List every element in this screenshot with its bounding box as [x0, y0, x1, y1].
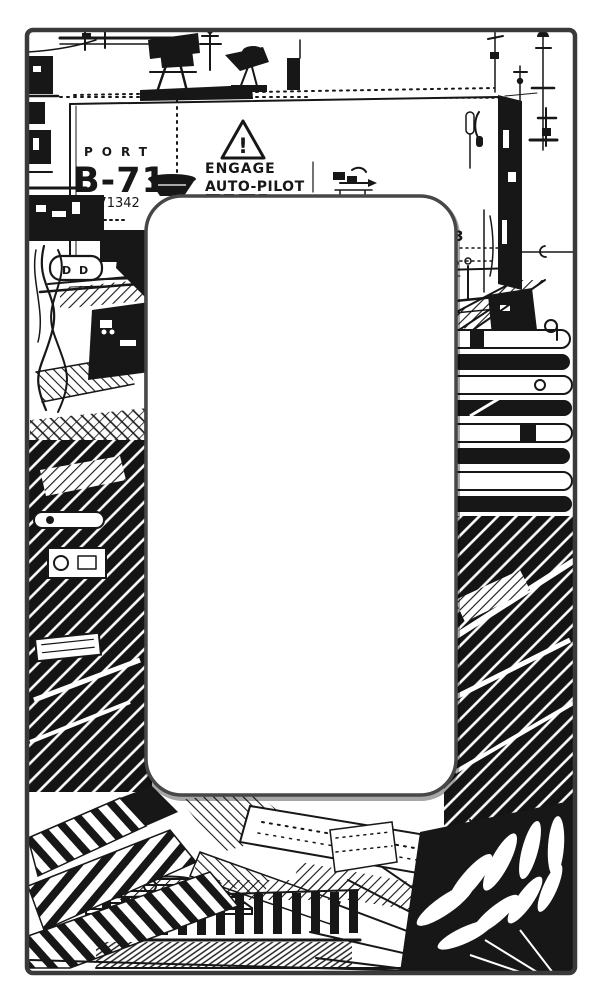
- antenna-masts-drawing: [438, 30, 557, 150]
- engage-line1: ENGAGE: [205, 161, 276, 177]
- pipe-stack-drawing: [444, 320, 576, 830]
- engage-line2: AUTO-PILOT: [205, 179, 305, 195]
- ink-artwork: PORT B-71 DH-71342 ! ENGAGE AUTO-PILOT: [0, 0, 600, 1000]
- phone-screen-cutout: [146, 196, 456, 795]
- port-label: PORT: [84, 145, 156, 159]
- arrow-gizmo-icon: [313, 162, 377, 196]
- warning-glyph: !: [238, 134, 248, 158]
- tank-marking-label: D D: [62, 264, 90, 277]
- illustration-page: PORT B-71 DH-71342 ! ENGAGE AUTO-PILOT: [0, 0, 600, 1000]
- left-machinery-drawing: D D: [28, 188, 152, 792]
